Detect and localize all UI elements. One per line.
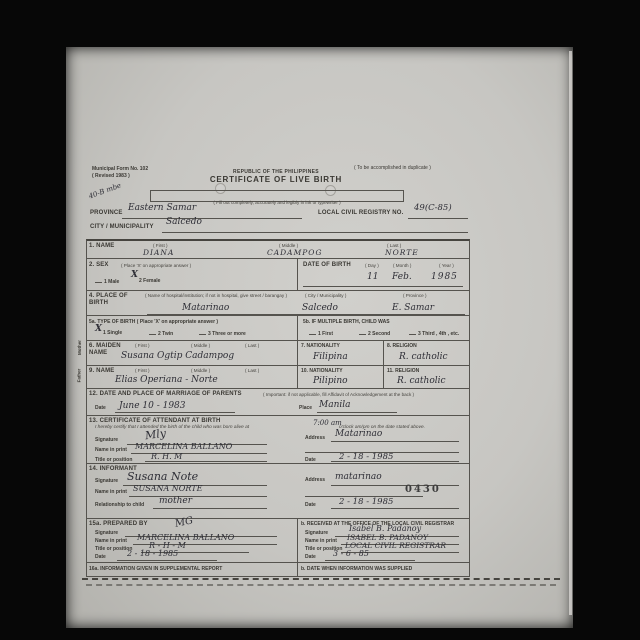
supplemental-date-label: b. DATE WHEN INFORMATION WAS SUPPLIED — [301, 566, 412, 572]
dob-day-header: ( Day ) — [365, 263, 379, 269]
margin-handwritten-note: 40-B mbe — [88, 181, 123, 200]
row-father: 9. NAME ( First ) ( Middle ) ( Last ) El… — [87, 366, 469, 389]
father-side-label: Father — [76, 369, 81, 383]
informant-relationship-value: mother — [159, 496, 192, 506]
pob-label: 4. PLACE OF BIRTH — [89, 293, 141, 307]
certificate-table: Mother Father 1. NAME ( First ) ( Middle… — [86, 239, 470, 577]
city-municipality-value: Salcedo — [166, 217, 202, 227]
type-of-birth-label: 5a. TYPE OF BIRTH ( Place 'X' on appropr… — [89, 319, 218, 325]
informant-date-value: 2 - 18 - 1985 — [339, 497, 393, 507]
dob-day-value: 11 — [367, 272, 378, 282]
name-label: 1. NAME — [89, 243, 114, 250]
form-number: Municipal Form No. 102 — [92, 166, 148, 172]
pob-province-header: ( Province ) — [403, 293, 427, 299]
dob-year-value: 1985 — [431, 272, 458, 282]
type-option-twin: 2 Twin — [149, 330, 173, 337]
marriage-label: 12. DATE AND PLACE OF MARRIAGE OF PARENT… — [89, 391, 242, 398]
received-signature-label: Signature — [305, 530, 328, 536]
marriage-place-label: Place — [299, 405, 312, 411]
row-child-name: 1. NAME ( First ) ( Middle ) ( Last ) DI… — [87, 241, 469, 259]
dob-label: DATE OF BIRTH — [303, 262, 351, 269]
father-name-value: Elias Operiana - Norte — [115, 375, 218, 385]
prepared-date-value: 2 - 18 - 1985 — [127, 549, 178, 558]
multiple-option-third: 3 Third , 4th , etc. — [409, 330, 459, 337]
pob-city-header: ( City / Municipality ) — [305, 293, 346, 299]
pob-hint: ( Name of hospital/institution; if not i… — [145, 293, 295, 299]
mother-last-header: ( Last ) — [245, 343, 259, 349]
received-date-label: Date — [305, 554, 316, 560]
mother-side-label: Mother — [77, 340, 82, 355]
attendant-certify-pre: I hereby certify that I attended the bir… — [95, 425, 249, 430]
informant-signature-value: Susana Note — [127, 470, 198, 483]
received-name-label: Name in print — [305, 538, 337, 544]
row-supplemental: 16a. INFORMATION GIVEN IN SUPPLEMENTAL R… — [87, 563, 469, 576]
attendant-address-value: Matarinao — [335, 429, 382, 439]
multiple-option-first: 1 First — [309, 330, 333, 337]
child-first-name: DIANA — [143, 248, 174, 257]
instruction-box: ( Fill out completely, accurately and le… — [150, 190, 404, 202]
attendant-name-value: MARCELINA BALLANO — [135, 442, 232, 451]
pob-place-value: Matarinao — [182, 303, 229, 313]
mother-religion-label: 8. RELIGION — [387, 343, 417, 349]
informant-name-value: SUSANA NORTE — [133, 484, 202, 493]
certificate-title: CERTIFICATE OF LIVE BIRTH — [176, 175, 376, 184]
attendant-title-value: R. H. M — [151, 452, 182, 461]
mother-middle-header: ( Middle ) — [191, 343, 210, 349]
sex-x-mark: X — [131, 270, 138, 280]
prepared-name-label: Name in print — [95, 538, 127, 544]
row-attendant: 13. CERTIFICATE OF ATTENDANT AT BIRTH I … — [87, 416, 469, 464]
informant-name-label: Name in print — [95, 489, 127, 495]
attendant-time-value: 7:00 am — [313, 419, 342, 427]
type-option-three: 3 Three or more — [199, 330, 246, 337]
type-option-single: 1 Single — [103, 330, 122, 336]
informant-date-label: Date — [305, 502, 316, 508]
attendant-signature-label: Signature — [95, 437, 118, 443]
father-middle-header: ( Middle ) — [191, 368, 210, 374]
informant-address-value: matarinao — [335, 472, 382, 482]
type-of-birth-x-mark: X — [95, 324, 102, 334]
row-place-of-birth: 4. PLACE OF BIRTH ( Name of hospital/ins… — [87, 291, 469, 316]
prepared-date-label: Date — [95, 554, 106, 560]
prepared-by-label: 15a. PREPARED BY — [89, 521, 148, 528]
mother-nationality-value: Filipina — [313, 352, 348, 362]
row-sex-dob: 2. SEX ( Place 'X' on appropriate answer… — [87, 259, 469, 291]
father-last-header: ( Last ) — [245, 368, 259, 374]
attendant-signature-value: Mly — [144, 427, 167, 443]
province-label: PROVINCE — [90, 210, 123, 217]
dob-year-header: ( Year ) — [439, 263, 454, 269]
sex-option-male: 1 Male — [95, 278, 119, 285]
registry-number-label: LOCAL CIVIL REGISTRY NO. — [318, 210, 403, 217]
informant-address-label: Address — [305, 477, 325, 483]
mother-nationality-label: 7. NATIONALITY — [301, 343, 340, 349]
attendant-label: 13. CERTIFICATE OF ATTENDANT AT BIRTH — [89, 418, 220, 425]
sex-label: 2. SEX — [89, 262, 109, 269]
multiple-birth-label: 5b. IF MULTIPLE BIRTH, CHILD WAS — [303, 319, 390, 325]
pob-province-value: E. Samar — [392, 303, 434, 313]
father-nationality-label: 10. NATIONALITY — [301, 368, 343, 374]
registry-stamp-number: 0430 — [405, 484, 441, 495]
dashed-separator-line-2 — [86, 584, 556, 586]
child-middle-name: CADAMPOG — [267, 248, 322, 257]
province-value: Eastern Samar — [128, 203, 196, 213]
row-type-of-birth: 5a. TYPE OF BIRTH ( Place 'X' on appropr… — [87, 316, 469, 341]
prepared-signature-label: Signature — [95, 530, 118, 536]
informant-signature-label: Signature — [95, 478, 118, 484]
paper-edge-highlight — [569, 51, 572, 615]
multiple-option-second: 2 Second — [359, 330, 390, 337]
scanned-certificate-page: Municipal Form No. 102 ( Revised 1983 ) … — [66, 47, 573, 628]
father-nationality-value: Pilipino — [313, 376, 348, 386]
attendant-name-label: Name in print — [95, 447, 127, 453]
row-marriage: 12. DATE AND PLACE OF MARRIAGE OF PARENT… — [87, 389, 469, 416]
informant-relationship-label: Relationship to child — [95, 502, 144, 508]
marriage-place-value: Manila — [319, 400, 351, 410]
marriage-date-label: Date — [95, 405, 106, 411]
dob-month-header: ( Month ) — [393, 263, 411, 269]
city-municipality-label: CITY / MUNICIPALITY — [90, 224, 154, 231]
row-prepared-received: 15a. PREPARED BY MG Signature Name in pr… — [87, 519, 469, 563]
father-name-label: 9. NAME — [89, 368, 114, 375]
attendant-date-label: Date — [305, 457, 316, 463]
mother-religion-value: R. catholic — [399, 352, 448, 362]
child-last-name: NORTE — [385, 248, 419, 257]
sex-option-female: 2 Female — [139, 278, 160, 284]
supplemental-report-label: 16a. INFORMATION GIVEN IN SUPPLEMENTAL R… — [89, 566, 222, 572]
dashed-separator-line — [82, 578, 560, 580]
dob-month-value: Feb. — [392, 272, 412, 282]
pob-city-value: Salcedo — [302, 303, 338, 313]
received-date-value: 3 - 6 - 85 — [333, 549, 369, 558]
father-religion-value: R. catholic — [397, 376, 446, 386]
row-mother: 6. MAIDEN NAME ( First ) ( Middle ) ( La… — [87, 341, 469, 366]
father-religion-label: 11. RELIGION — [387, 368, 419, 374]
attendant-title-label: Title or position — [95, 457, 132, 463]
marriage-date-value: June 10 - 1983 — [119, 401, 186, 411]
mother-maiden-name-value: Susana Ogtip Cadampog — [121, 351, 234, 361]
marriage-hint: ( Important: if not applicable, fill Aff… — [263, 392, 414, 398]
received-signature-value: Isabel B. Padanoy — [349, 524, 421, 533]
attendant-address-label: Address — [305, 435, 325, 441]
mother-first-header: ( First ) — [135, 343, 150, 349]
row-informant: 14. INFORMANT Signature Susana Note Addr… — [87, 464, 469, 519]
sex-hint: ( Place 'X' on appropriate answer ) — [121, 263, 191, 269]
prepared-signature-value: MG — [174, 515, 194, 530]
instruction-text: ( Fill out completely, accurately and le… — [213, 200, 340, 205]
father-first-header: ( First ) — [135, 368, 150, 374]
registry-number-value: 49(C-85) — [414, 203, 452, 213]
form-revision: ( Revised 1983 ) — [92, 173, 130, 179]
